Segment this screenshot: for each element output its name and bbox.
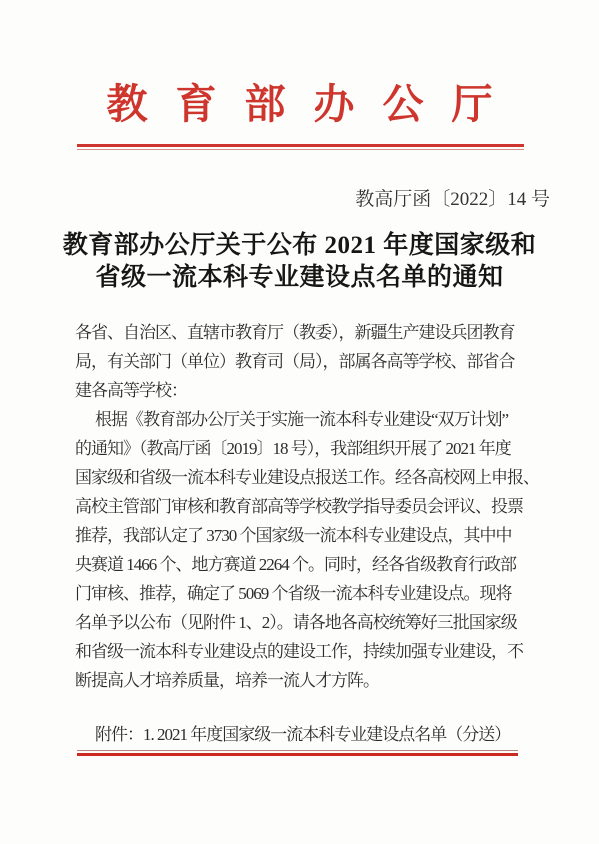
document-body: 各省、自治区、直辖市教育厅（教委），新疆生产建设兵团教育 局，有关部门（单位）教… [75, 318, 535, 695]
body-line: 和省级一流本科专业建设点的建设工作，持续加强专业建设，不 [75, 637, 535, 666]
document-title-line-2: 省级一流本科专业建设点名单的通知 [0, 262, 599, 294]
document-number: 教高厅函〔2022〕14 号 [355, 189, 550, 211]
body-line: 央赛道 1466 个、地方赛道 2264 个。同时，经各省级教育行政部 [75, 550, 535, 579]
body-line: 国家级和省级一流本科专业建设点报送工作。经各高校网上申报、 [75, 463, 535, 492]
body-line: 的通知》（教高厅函〔2019〕18 号），我部组织开展了 2021 年度 [75, 434, 535, 463]
separator-thick-line [77, 144, 524, 147]
document-title: 教育部办公厅关于公布 2021 年度国家级和 省级一流本科专业建设点名单的通知 [0, 230, 599, 294]
separator-thin-line [77, 750, 518, 751]
body-line: 名单予以公布（见附件 1、2）。请各地各高校统筹好三批国家级 [75, 608, 535, 637]
body-line: 高校主管部门审核和教育部高等学校教学指导委员会评议、投票 [75, 492, 535, 521]
body-line: 根据《教育部办公厅关于实施一流本科专业建设“双万计划” [75, 405, 535, 434]
letterhead-title: 教育部办公厅 [0, 82, 599, 126]
document-title-line-1: 教育部办公厅关于公布 2021 年度国家级和 [0, 230, 599, 262]
separator-thick-line [77, 753, 518, 756]
document-page: 教育部办公厅 教高厅函〔2022〕14 号 教育部办公厅关于公布 2021 年度… [0, 0, 599, 844]
attachment-line: 附件：1. 2021 年度国家级一流本科专业建设点名单（分送） [75, 720, 545, 749]
body-line: 推荐，我部认定了 3730 个国家级一流本科专业建设点，其中中 [75, 521, 535, 550]
footer-separator [77, 750, 518, 756]
body-line: 各省、自治区、直辖市教育厅（教委），新疆生产建设兵团教育 [75, 318, 535, 347]
letterhead-separator [77, 144, 524, 150]
body-line: 断提高人才培养质量，培养一流人才方阵。 [75, 666, 535, 695]
body-line: 门审核、推荐，确定了 5069 个省级一流本科专业建设点。现将 [75, 579, 535, 608]
separator-thin-line [77, 149, 524, 150]
body-line: 建各高等学校： [75, 376, 535, 405]
body-line: 局，有关部门（单位）教育司（局），部属各高等学校、部省合 [75, 347, 535, 376]
